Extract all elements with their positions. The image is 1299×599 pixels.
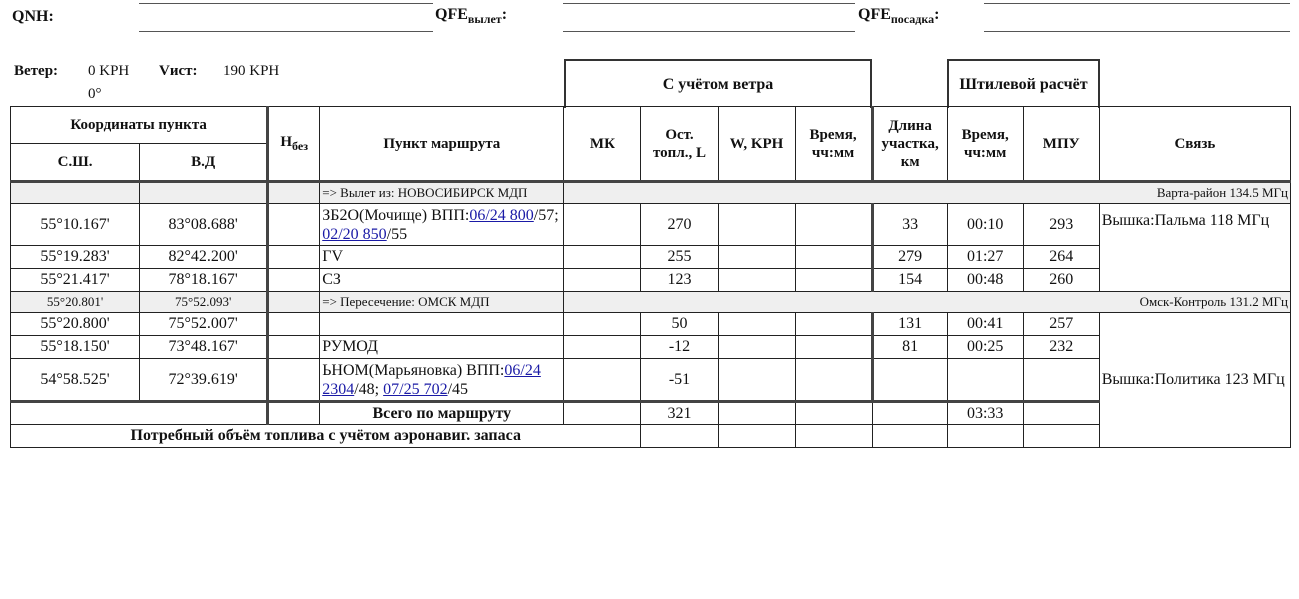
totals-fuel: 321 xyxy=(641,402,718,425)
cell-time-calm: 01:27 xyxy=(947,246,1023,269)
cell-w xyxy=(718,336,795,359)
header-lat: С.Ш. xyxy=(11,144,140,182)
cell-length: 154 xyxy=(872,269,947,292)
header-mpu: МПУ xyxy=(1023,107,1099,182)
cell-lon: 75°52.007' xyxy=(140,313,268,336)
header-h-sub: без xyxy=(292,139,308,153)
cell-mpu: 260 xyxy=(1023,269,1099,292)
cell-lat: 54°58.525' xyxy=(11,359,140,402)
cell-point xyxy=(320,313,564,336)
wind-label: Ветер: xyxy=(14,63,58,80)
cell-h xyxy=(268,246,320,269)
header-h-main: H xyxy=(280,134,292,150)
flight-plan-table: Координаты пункта Hбез Пункт маршрута МК… xyxy=(10,106,1291,448)
cell-fuel: 270 xyxy=(641,204,718,246)
sep-h xyxy=(268,292,320,313)
cell-point: ЬНОМ(Марьяновка) ВПП:06/24 2304/48; 07/2… xyxy=(320,359,564,402)
qfe-departure-sub: вылет xyxy=(468,12,502,26)
totals-empty xyxy=(11,402,268,425)
header-time-calm: Время,чч:мм xyxy=(947,107,1023,182)
header-fuel: Ост.топл., L xyxy=(641,107,718,182)
cell-time-wind xyxy=(795,359,872,402)
cell-time-wind xyxy=(795,269,872,292)
fuel-required-label: Потребный объём топлива с учётом аэронав… xyxy=(11,425,641,448)
cell-w xyxy=(718,246,795,269)
cell-length: 131 xyxy=(872,313,947,336)
table-row: 55°20.800' 75°52.007' 50 131 00:41 257 В… xyxy=(11,313,1291,336)
sep-h xyxy=(268,182,320,204)
cell-mpu: 293 xyxy=(1023,204,1099,246)
header-h: Hбез xyxy=(268,107,320,182)
wind-direction: 0° xyxy=(88,86,102,103)
group-header-with-wind: С учётом ветра xyxy=(564,59,872,108)
cell-mk xyxy=(564,246,641,269)
cell-fuel: 123 xyxy=(641,269,718,292)
cell-time-calm: 00:10 xyxy=(947,204,1023,246)
cell-mk xyxy=(564,313,641,336)
cell-fuel: 255 xyxy=(641,246,718,269)
fuel-required-time-calm xyxy=(947,425,1023,448)
cell-lat: 55°19.283' xyxy=(11,246,140,269)
cell-w xyxy=(718,359,795,402)
totals-time-wind xyxy=(795,402,872,425)
totals-label: Всего по маршруту xyxy=(320,402,564,425)
fuel-required-length xyxy=(872,425,947,448)
cell-comm: Вышка:Пальма 118 МГц xyxy=(1099,204,1290,292)
cell-h xyxy=(268,204,320,246)
qfe-departure-label: QFEвылет: xyxy=(435,6,507,27)
qfe-landing-top-line xyxy=(984,3,1290,4)
cell-lon: 82°42.200' xyxy=(140,246,268,269)
header-point: Пункт маршрута xyxy=(320,107,564,182)
cell-h xyxy=(268,269,320,292)
totals-w xyxy=(718,402,795,425)
cell-length: 33 xyxy=(872,204,947,246)
fuel-required-fuel xyxy=(641,425,718,448)
cell-fuel: -12 xyxy=(641,336,718,359)
vist-label: Vист: xyxy=(159,63,198,80)
runway-link[interactable]: 06/24 800 xyxy=(469,207,533,224)
sep-lon: 75°52.093' xyxy=(140,292,268,313)
cell-time-wind xyxy=(795,313,872,336)
separator-row: 55°20.801' 75°52.093' => Пересечение: ОМ… xyxy=(11,292,1291,313)
cell-h xyxy=(268,336,320,359)
cell-h xyxy=(268,313,320,336)
cell-mpu: 257 xyxy=(1023,313,1099,336)
cell-lat: 55°20.800' xyxy=(11,313,140,336)
qfe-landing-suffix: : xyxy=(934,6,939,23)
cell-length xyxy=(872,359,947,402)
cell-w xyxy=(718,313,795,336)
totals-h xyxy=(268,402,320,425)
cell-h xyxy=(268,359,320,402)
header-mk: МК xyxy=(564,107,641,182)
qfe-landing-field[interactable] xyxy=(984,31,1290,32)
cell-lat: 55°21.417' xyxy=(11,269,140,292)
runway-link[interactable]: 07/25 702 xyxy=(383,381,447,398)
cell-w xyxy=(718,204,795,246)
header-time-wind: Время,чч:мм xyxy=(795,107,872,182)
qfe-departure-field[interactable] xyxy=(563,31,855,32)
cell-time-calm xyxy=(947,359,1023,402)
cell-mpu: 264 xyxy=(1023,246,1099,269)
fuel-required-mpu xyxy=(1023,425,1099,448)
cell-time-wind xyxy=(795,246,872,269)
cell-point: РУМОД xyxy=(320,336,564,359)
cell-point: СЗ xyxy=(320,269,564,292)
cell-w xyxy=(718,269,795,292)
separator-row: => Вылет из: НОВОСИБИРСК МДП Варта-район… xyxy=(11,182,1291,204)
totals-time-calm: 03:33 xyxy=(947,402,1023,425)
totals-mpu xyxy=(1023,402,1099,425)
cell-length: 81 xyxy=(872,336,947,359)
cell-time-calm: 00:48 xyxy=(947,269,1023,292)
totals-row: Всего по маршруту 321 03:33 xyxy=(11,402,1291,425)
table-row: 55°10.167' 83°08.688' ЗБ2О(Мочище) ВПП:0… xyxy=(11,204,1291,246)
cell-mk xyxy=(564,204,641,246)
qnh-label: QNH: xyxy=(12,8,54,26)
qfe-landing-main: QFE xyxy=(858,6,891,23)
qnh-field[interactable] xyxy=(139,31,433,32)
fuel-required-time-wind xyxy=(795,425,872,448)
cell-point: ГV xyxy=(320,246,564,269)
sep-name: => Вылет из: НОВОСИБИРСК МДП xyxy=(320,182,564,204)
table-row: 55°19.283' 82°42.200' ГV 255 279 01:27 2… xyxy=(11,246,1291,269)
cell-mk xyxy=(564,359,641,402)
sep-lat xyxy=(11,182,140,204)
cell-mk xyxy=(564,269,641,292)
cell-mk xyxy=(564,336,641,359)
cell-comm: Вышка:Политика 123 МГц xyxy=(1099,313,1290,448)
qfe-departure-suffix: : xyxy=(502,6,507,23)
sep-freq: Варта-район 134.5 МГц xyxy=(564,182,1291,204)
table-row: 55°18.150' 73°48.167' РУМОД -12 81 00:25… xyxy=(11,336,1291,359)
header-comm: Связь xyxy=(1099,107,1290,182)
group-header-calm: Штилевой расчёт xyxy=(947,59,1100,108)
totals-length xyxy=(872,402,947,425)
cell-length: 279 xyxy=(872,246,947,269)
header-lon: В.Д xyxy=(140,144,268,182)
sep-freq: Омск-Контроль 131.2 МГц xyxy=(564,292,1291,313)
fuel-required-w xyxy=(718,425,795,448)
cell-fuel: 50 xyxy=(641,313,718,336)
table-row: 55°21.417' 78°18.167' СЗ 123 154 00:48 2… xyxy=(11,269,1291,292)
cell-lon: 83°08.688' xyxy=(140,204,268,246)
header-coords: Координаты пункта xyxy=(11,107,268,144)
cell-lat: 55°18.150' xyxy=(11,336,140,359)
qnh-field-top-line xyxy=(139,3,433,4)
qfe-departure-top-line xyxy=(563,3,855,4)
cell-fuel: -51 xyxy=(641,359,718,402)
wind-speed: 0 KPH xyxy=(88,63,129,80)
cell-time-calm: 00:25 xyxy=(947,336,1023,359)
cell-time-wind xyxy=(795,204,872,246)
cell-mpu: 232 xyxy=(1023,336,1099,359)
cell-point: ЗБ2О(Мочище) ВПП:06/24 800/57; 02/20 850… xyxy=(320,204,564,246)
sep-lat: 55°20.801' xyxy=(11,292,140,313)
cell-lon: 78°18.167' xyxy=(140,269,268,292)
runway-link[interactable]: 02/20 850 xyxy=(322,226,386,243)
qfe-landing-label: QFEпосадка: xyxy=(858,6,939,27)
cell-time-wind xyxy=(795,336,872,359)
sep-name: => Пересечение: ОМСК МДП xyxy=(320,292,564,313)
table-row: 54°58.525' 72°39.619' ЬНОМ(Марьяновка) В… xyxy=(11,359,1291,402)
cell-lat: 55°10.167' xyxy=(11,204,140,246)
header-length: Длинаучастка,км xyxy=(872,107,947,182)
vist-value: 190 KPH xyxy=(223,63,279,80)
cell-mpu xyxy=(1023,359,1099,402)
header-w: W, KPH xyxy=(718,107,795,182)
cell-time-calm: 00:41 xyxy=(947,313,1023,336)
fuel-required-row: Потребный объём топлива с учётом аэронав… xyxy=(11,425,1291,448)
cell-lon: 72°39.619' xyxy=(140,359,268,402)
qfe-landing-sub: посадка xyxy=(891,12,934,26)
sep-lon xyxy=(140,182,268,204)
qfe-departure-main: QFE xyxy=(435,6,468,23)
cell-lon: 73°48.167' xyxy=(140,336,268,359)
totals-mk xyxy=(564,402,641,425)
